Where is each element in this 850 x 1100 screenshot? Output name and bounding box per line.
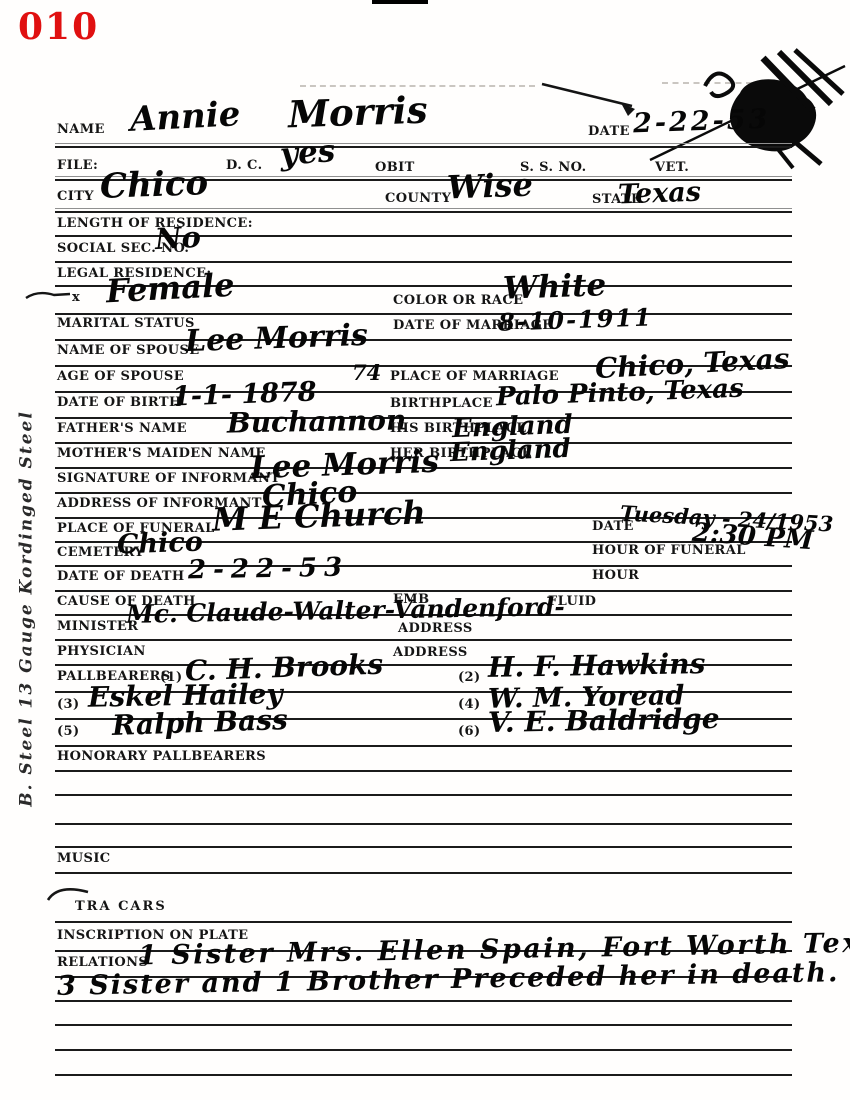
age-of-spouse-value: 74 [352,362,381,383]
date-of-death-label: DATE OF DEATH [57,569,185,584]
rule-line [55,1000,792,1002]
name-last-value: Morris [287,92,428,134]
pallbearer-6-name: V. E. Baldridge [488,705,720,737]
state-value: Texas [618,179,702,209]
date-of-birth-label: DATE OF BIRTH [57,395,182,410]
cemetery-value: Chico [117,529,204,559]
margin-handwritten-note: B. Steel 13 Gauge Kordinged Steel [19,394,36,824]
name-of-spouse-value: Lee Morris [185,321,369,357]
rule-line [55,921,792,923]
music-label: MUSIC [57,851,111,866]
age-of-spouse-label: AGE OF SPOUSE [57,369,184,384]
sex-label: x [72,290,80,305]
fathers-name-label: FATHER'S NAME [57,421,187,436]
rule-line [55,872,792,874]
page-number: 010 [18,6,99,48]
pallbearer-5-num: (5) [57,724,80,739]
file-label: FILE: [57,158,98,173]
physician-label: PHYSICIAN [57,644,146,659]
pallbearer-2-name: H. F. Hawkins [488,650,706,682]
scan-artifact-top-bar [372,0,428,4]
rule-line [55,417,792,419]
mothers-maiden-name-label: MOTHER'S MAIDEN NAME [57,446,266,461]
pallbearer-5-name: Ralph Bass [112,706,289,740]
rule-line [55,846,792,848]
tra-cars-label: TRA CARS [75,899,167,914]
rule-line [55,146,792,148]
rule-line [55,794,792,796]
rule-line [55,823,792,825]
minister-value: Mc. Claude-Walter-Vandenford- [126,594,565,627]
pen-stray-mark [24,288,72,304]
rule-line [55,261,792,263]
pallbearer-3-num: (3) [57,697,80,712]
marital-status-label: MARITAL STATUS [57,316,195,331]
signature-of-informant-label: SIGNATURE OF INFORMANT [57,471,280,486]
name-label: NAME [57,122,105,137]
fathers-name-value: Buchannon [227,406,407,437]
date-of-marriage-value: 8-10-1911 [498,305,654,334]
rule-line [55,339,792,341]
dc-value: yes [279,136,336,171]
honorary-pallbearers-label: HONORARY PALLBEARERS [57,749,266,764]
vet-label: VET. [655,160,689,175]
date-value: 2-22-53 [633,106,771,138]
rule-line [55,1049,792,1051]
obit-label: OBIT [375,160,415,175]
her-birthplace-value: England [450,436,572,466]
city-value: Chico [99,166,208,204]
pallbearer-2-num: (2) [458,670,481,685]
rule-line [55,745,792,747]
rule-line [55,313,792,315]
name-first-value: Annie [129,97,241,137]
rule-line [55,143,792,144]
name-of-spouse-label: NAME OF SPOUSE [57,343,200,358]
date-of-death-value: 2-22-53 [188,555,349,584]
birthplace-value: Palo Pinto, Texas [496,376,744,411]
place-of-funeral-value: M E Church [212,496,427,535]
rule-line [55,639,792,641]
relations-label: RELATIONS [57,955,148,970]
hour-label: HOUR [592,568,639,583]
rule-line [55,1074,792,1076]
county-value: Wise [446,169,533,204]
rule-line [55,1024,792,1026]
minister-address-label: ADDRESS [398,621,473,636]
pallbearer-6-num: (6) [458,724,481,739]
city-label: CITY [57,189,94,204]
scanned-funeral-record: 010 B. Steel 13 Gauge Kordinged Steel [0,0,850,1100]
social-sec-no-value: No [154,223,201,254]
hour-of-funeral-value: 2:30 PM [691,520,814,554]
rule-line [55,211,792,213]
sex-value: Female [105,269,235,308]
rule-line [55,770,792,772]
dc-label: D. C. [226,158,263,173]
rule-line [55,565,792,567]
color-or-race-value: White [502,270,606,305]
date-label: DATE [588,124,630,139]
physician-address-label: ADDRESS [393,645,468,660]
pallbearer-4-num: (4) [458,697,481,712]
pen-dash-trail [300,85,535,87]
county-label: COUNTY [385,191,451,206]
